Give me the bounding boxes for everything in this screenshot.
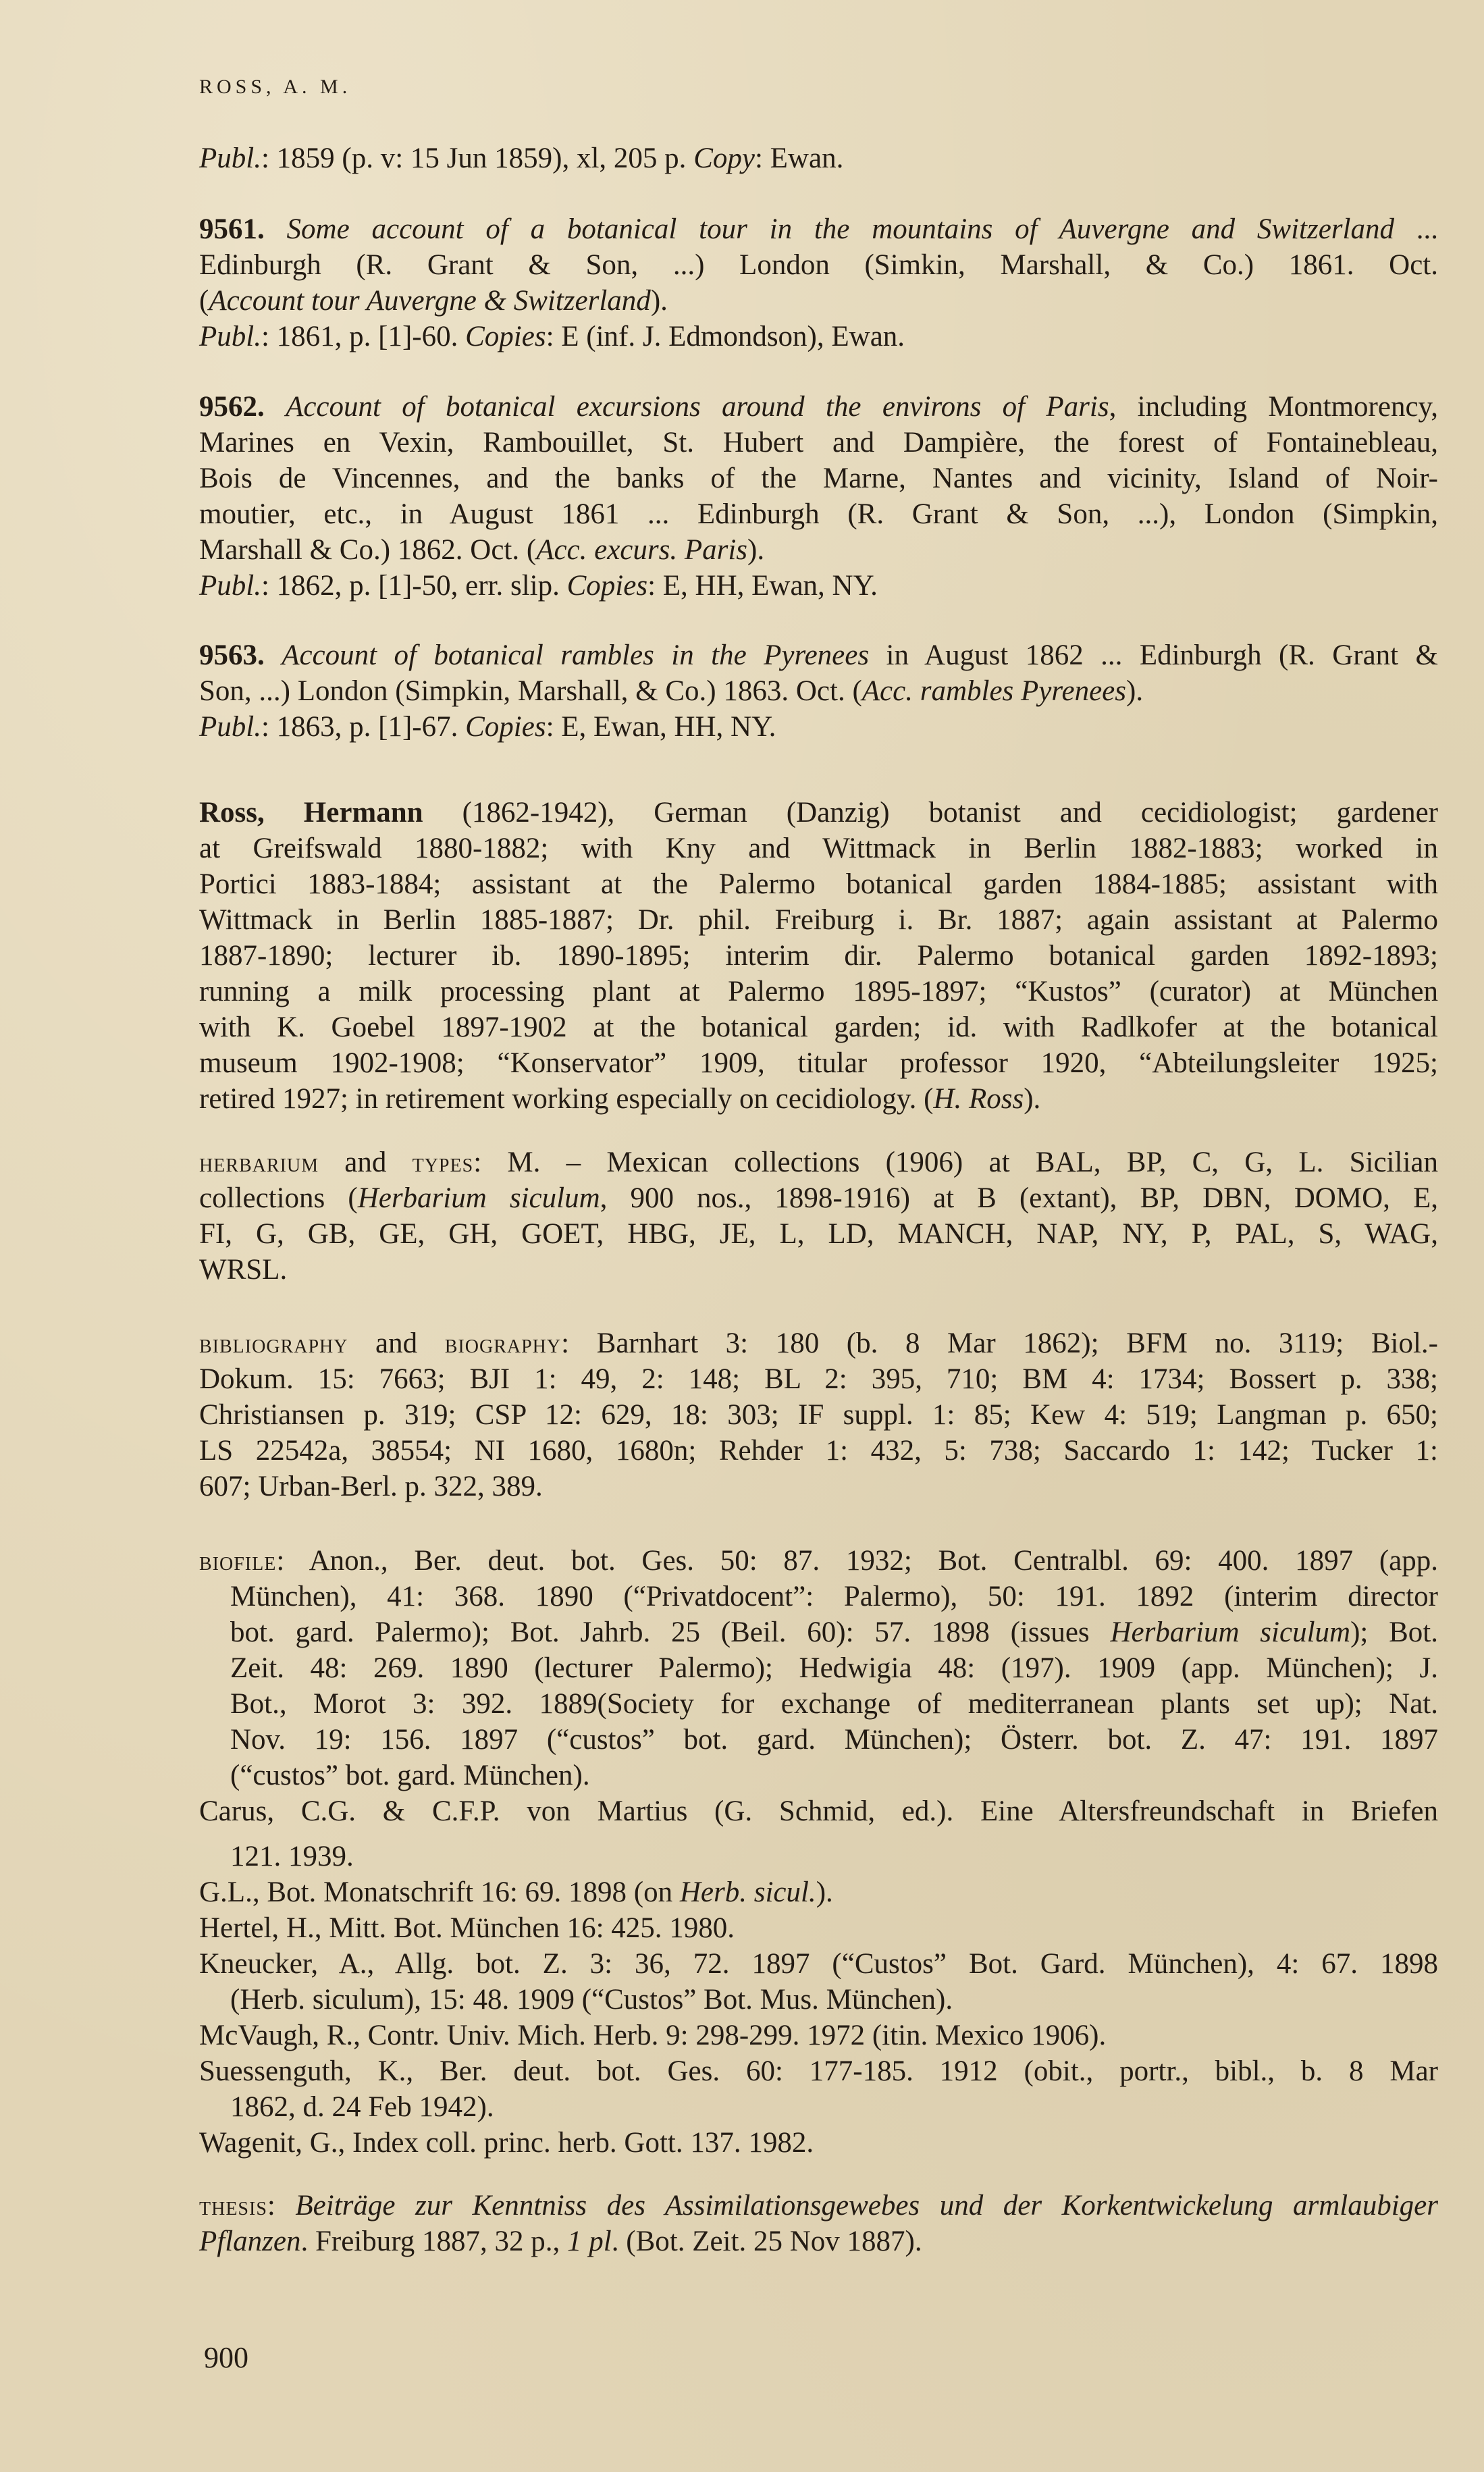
entry-text-line: Marines en Vexin, Rambouillet, St. Huber… (199, 425, 1438, 461)
copy-label: Copy (693, 142, 755, 174)
biofile-reference: Suessenguth, K., Ber. deut. bot. Ges. 60… (199, 2053, 1438, 2089)
bibliography-line: LS 22542a, 38554; NI 1680, 1680n; Rehder… (199, 1433, 1438, 1469)
entry-number: 9562. (199, 391, 265, 423)
bio-line: Ross, Hermann (1862-1942), German (Danzi… (199, 795, 1438, 831)
entry-title: Account of botanical rambles in the Pyre… (282, 639, 869, 671)
herbarium-line: WRSL. (199, 1252, 1438, 1288)
section-label: biography (445, 1328, 561, 1359)
biofile-line: München), 41: 368. 1890 (“Privatdocent”:… (230, 1579, 1438, 1614)
biofile-reference: G.L., Bot. Monatschrift 16: 69. 1898 (on… (199, 1874, 1438, 1910)
entry-title-line: 9563. Account of botanical rambles in th… (199, 637, 1438, 673)
bibliography-line: Dokum. 15: 7663; BJI 1: 49, 2: 148; BL 2… (199, 1361, 1438, 1397)
bio-line: with K. Goebel 1897-1902 at the botanica… (199, 1009, 1438, 1045)
bio-line: retired 1927; in retirement working espe… (199, 1081, 1438, 1117)
biofile-line: Zeit. 48: 269. 1890 (lecturer Palermo); … (230, 1650, 1438, 1686)
bibliography-line: Christiansen p. 319; CSP 12: 629, 18: 30… (199, 1397, 1438, 1433)
thesis-line: Pflanzen. Freiburg 1887, 32 p., 1 pl. (B… (199, 2224, 1438, 2259)
biofile-line: Nov. 19: 156. 1897 (“custos” bot. gard. … (230, 1722, 1438, 1758)
publ-line: Publ.: 1861, p. [1]-60. Copies: E (inf. … (199, 319, 1438, 354)
biofile-line: biofile: Anon., Ber. deut. bot. Ges. 50:… (199, 1543, 1438, 1579)
biofile-reference: Hertel, H., Mitt. Bot. München 16: 425. … (199, 1910, 1438, 1946)
entry-number: 9561. (199, 213, 265, 245)
bio-line: Portici 1883-1884; assistant at the Pale… (199, 866, 1438, 902)
entry-number: 9563. (199, 639, 265, 671)
entry-text-line: Bois de Vincennes, and the banks of the … (199, 461, 1438, 496)
biofile-reference: Carus, C.G. & C.F.P. von Martius (G. Sch… (199, 1793, 1438, 1829)
biofile-line: bot. gard. Palermo); Bot. Jahrb. 25 (Bei… (230, 1614, 1438, 1650)
biofile-line: Bot., Morot 3: 392. 1889(Society for exc… (230, 1686, 1438, 1722)
thesis-title: Beiträge zur Kenntniss des Assimilations… (295, 2190, 1438, 2221)
bibliography-line: bibliography and biography: Barnhart 3: … (199, 1325, 1438, 1361)
herbarium-line: FI, G, GB, GE, GH, GOET, HBG, JE, L, LD,… (199, 1216, 1438, 1252)
bio-signature: H. Ross (933, 1083, 1024, 1115)
abbreviation-line: Marshall & Co.) 1862. Oct. (Acc. excurs.… (199, 532, 1438, 568)
entry-title-line: 9561. Some account of a botanical tour i… (199, 211, 1438, 247)
biofile-reference: Wagenit, G., Index coll. princ. herb. Go… (199, 2125, 1438, 2161)
bio-line: at Greifswald 1880-1882; with Kny and Wi… (199, 831, 1438, 866)
biofile-reference-cont: 121. 1939. (230, 1839, 1438, 1874)
imprint-line: Edinburgh (R. Grant & Son, ...) London (… (199, 247, 1438, 283)
bio-line: running a milk processing plant at Paler… (199, 974, 1438, 1009)
entry-title-line: 9562. Account of botanical excursions ar… (199, 389, 1438, 425)
herbarium-line: herbarium and types: M. – Mexican collec… (199, 1145, 1438, 1180)
abbreviation: Acc. rambles Pyrenees (862, 675, 1126, 707)
bio-line: Wittmack in Berlin 1885-1887; Dr. phil. … (199, 902, 1438, 938)
publ-line: Publ.: 1859 (p. v: 15 Jun 1859), xl, 205… (199, 140, 1438, 176)
running-head: ROSS, A. M. (199, 76, 351, 99)
abbreviation: Account tour Auvergne & Switzerland (209, 285, 650, 317)
abbreviation-line: (Account tour Auvergne & Switzerland). (199, 283, 1438, 319)
bio-line: museum 1902-1908; “Konservator” 1909, ti… (199, 1045, 1438, 1081)
section-label: biofile (199, 1546, 276, 1576)
section-label: bibliography (199, 1328, 348, 1359)
publ-line: Publ.: 1863, p. [1]-67. Copies: E, Ewan,… (199, 709, 1438, 745)
entry-title: Account of botanical excursions around t… (286, 391, 1109, 423)
section-label: thesis (199, 2190, 267, 2221)
bio-line: 1887-1890; lecturer ib. 1890-1895; inter… (199, 938, 1438, 974)
publ-label: Publ. (199, 142, 261, 174)
page-number: 900 (204, 2340, 248, 2375)
abbreviation: Acc. excurs. Paris (536, 534, 747, 566)
person-name: Ross, Hermann (199, 797, 423, 829)
publ-line: Publ.: 1862, p. [1]-50, err. slip. Copie… (199, 568, 1438, 604)
section-label: herbarium (199, 1147, 319, 1178)
entry-text-line: moutier, etc., in August 1861 ... Edinbu… (199, 496, 1438, 532)
entry-title: Some account of a botanical tour in the … (287, 213, 1394, 245)
bibliography-line: 607; Urban-Berl. p. 322, 389. (199, 1469, 1438, 1504)
herbarium-line: collections (Herbarium siculum, 900 nos.… (199, 1180, 1438, 1216)
biofile-reference: Kneucker, A., Allg. bot. Z. 3: 36, 72. 1… (199, 1946, 1438, 1982)
biofile-reference-cont: 1862, d. 24 Feb 1942). (230, 2089, 1438, 2125)
biofile-reference: McVaugh, R., Contr. Univ. Mich. Herb. 9:… (199, 2018, 1438, 2053)
thesis-line: thesis: Beiträge zur Kenntniss des Assim… (199, 2188, 1438, 2224)
biofile-line: (“custos” bot. gard. München). (230, 1758, 1438, 1793)
biofile-reference-cont: (Herb. siculum), 15: 48. 1909 (“Custos” … (230, 1982, 1438, 2018)
section-label: types (413, 1147, 474, 1178)
abbreviation-line: Son, ...) London (Simpkin, Marshall, & C… (199, 673, 1438, 709)
